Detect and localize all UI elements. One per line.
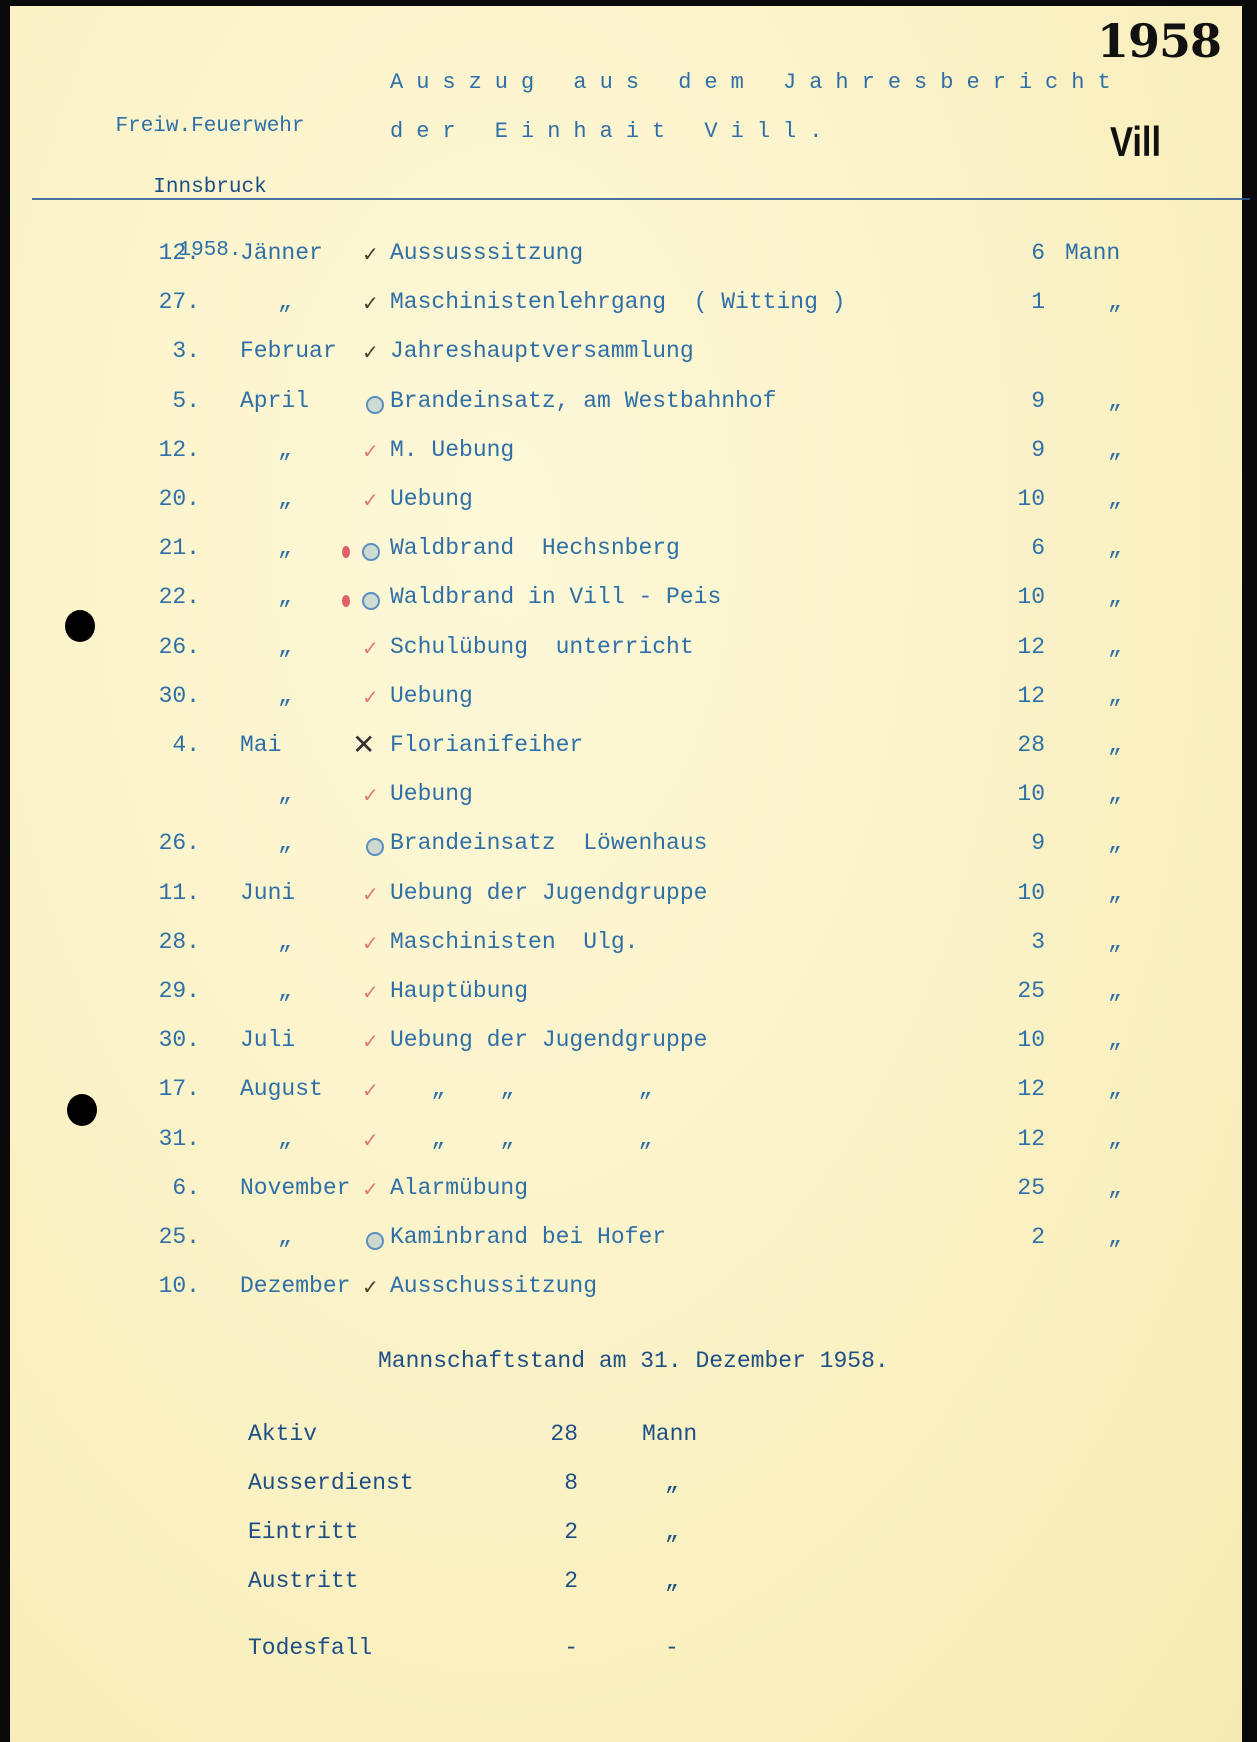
circle-stamp-icon [366, 1232, 384, 1250]
entry-event: „ „ „ [390, 1076, 652, 1102]
entry-month: Juli [240, 1027, 295, 1053]
org-city: Innsbruck [70, 177, 350, 198]
check-mark-icon: ✓ [362, 636, 379, 660]
entry-day: 5. [140, 388, 200, 414]
entry-month: Jänner [240, 240, 323, 266]
summary-count: 28 [530, 1421, 578, 1447]
entry-count: 12 [1000, 1126, 1045, 1152]
entry-count: 9 [1000, 388, 1045, 414]
entry-day: 12. [140, 437, 200, 463]
entry-count: 9 [1000, 437, 1045, 463]
summary-label: Ausserdienst [248, 1470, 414, 1496]
entry-unit: „ [1108, 289, 1122, 315]
entry-event: Maschinisten Ulg. [390, 929, 638, 955]
document-page: Freiw.Feuerwehr Innsbruck 1958. Auszug a… [10, 6, 1242, 1742]
summary-unit: Mann [642, 1421, 697, 1447]
check-mark-icon: ✓ [362, 340, 379, 364]
check-mark-icon: ✓ [362, 242, 379, 266]
entry-month: „ [278, 978, 292, 1004]
entry-unit: „ [1108, 683, 1122, 709]
entry-count: 9 [1000, 830, 1045, 856]
check-mark-icon: ✓ [362, 685, 379, 709]
entry-event: Uebung [390, 486, 473, 512]
summary-unit: „ [665, 1519, 679, 1545]
entry-month: Mai [240, 732, 281, 758]
entry-event: Uebung [390, 683, 473, 709]
summary-unit: - [665, 1635, 679, 1661]
entry-day: 29. [140, 978, 200, 1004]
org-name: Freiw.Feuerwehr [70, 116, 350, 137]
entry-month: April [240, 388, 309, 414]
entry-day: 17. [140, 1076, 200, 1102]
entry-day: 26. [140, 634, 200, 660]
check-mark-icon: ✓ [362, 291, 379, 315]
entry-count: 10 [1000, 1027, 1045, 1053]
entry-event: Florianifeiher [390, 732, 583, 758]
entry-event: Uebung der Jugendgruppe [390, 880, 707, 906]
check-mark-icon: ✓ [362, 488, 379, 512]
entry-unit: „ [1108, 1027, 1122, 1053]
entry-day: 11. [140, 880, 200, 906]
entry-month: „ [278, 535, 292, 561]
entry-day: 20. [140, 486, 200, 512]
summary-count: 2 [530, 1568, 578, 1594]
entry-count: 10 [1000, 584, 1045, 610]
entry-unit: „ [1108, 388, 1122, 414]
entry-month: November [240, 1175, 350, 1201]
entry-month: Dezember [240, 1273, 350, 1299]
entry-count: 25 [1000, 978, 1045, 1004]
entry-month: „ [278, 830, 292, 856]
entry-unit: „ [1108, 732, 1122, 758]
red-dot-icon [342, 595, 350, 607]
report-title: Auszug aus dem Jahresbericht [390, 70, 1124, 95]
entry-unit: „ [1108, 830, 1122, 856]
entry-day: 31. [140, 1126, 200, 1152]
entry-day: 21. [140, 535, 200, 561]
entry-day: 12. [140, 240, 200, 266]
check-mark-icon: ✓ [362, 439, 379, 463]
entry-month: „ [278, 929, 292, 955]
summary-count: 8 [530, 1470, 578, 1496]
entry-day: 22. [140, 584, 200, 610]
header-divider [32, 198, 1250, 200]
entry-count: 12 [1000, 1076, 1045, 1102]
entry-event: Waldbrand in Vill - Peis [390, 584, 721, 610]
entry-count: 10 [1000, 880, 1045, 906]
entry-month: „ [278, 634, 292, 660]
entry-unit: „ [1108, 1175, 1122, 1201]
punch-hole-icon [65, 610, 95, 642]
entry-event: Kaminbrand bei Hofer [390, 1224, 666, 1250]
entry-event: Maschinistenlehrgang ( Witting ) [390, 289, 845, 315]
entry-month: „ [278, 289, 292, 315]
entry-month: „ [278, 437, 292, 463]
entry-count: 6 [1000, 535, 1045, 561]
entry-unit: „ [1108, 1076, 1122, 1102]
entry-unit: „ [1108, 634, 1122, 660]
summary-label: Todesfall [248, 1635, 372, 1661]
red-dot-icon [342, 546, 350, 558]
summary-title: Mannschaftstand am 31. Dezember 1958. [378, 1348, 889, 1374]
entry-unit: „ [1108, 978, 1122, 1004]
entry-day: 4. [140, 732, 200, 758]
circle-stamp-icon [366, 838, 384, 856]
entry-day: 3. [140, 338, 200, 364]
check-mark-icon: ✓ [362, 882, 379, 906]
check-mark-icon: ✓ [362, 1078, 379, 1102]
entry-event: Brandeinsatz, am Westbahnhof [390, 388, 776, 414]
circle-stamp-icon [362, 543, 380, 561]
entry-count: 12 [1000, 683, 1045, 709]
entry-day: 28. [140, 929, 200, 955]
entry-event: Uebung der Jugendgruppe [390, 1027, 707, 1053]
check-mark-icon: ✓ [362, 980, 379, 1004]
entry-month: „ [278, 781, 292, 807]
x-mark-icon: ✕ [352, 728, 375, 761]
entry-event: Aussusssitzung [390, 240, 583, 266]
entry-unit: „ [1108, 584, 1122, 610]
entry-month: „ [278, 584, 292, 610]
unit-stamp: Vill [1110, 118, 1161, 166]
entry-event: Alarmübung [390, 1175, 528, 1201]
summary-label: Austritt [248, 1568, 358, 1594]
summary-unit: „ [665, 1568, 679, 1594]
entry-event: Waldbrand Hechsnberg [390, 535, 680, 561]
summary-count: - [530, 1635, 578, 1661]
entry-event: Schulübung unterricht [390, 634, 694, 660]
summary-label: Aktiv [248, 1421, 317, 1447]
circle-stamp-icon [366, 396, 384, 414]
check-mark-icon: ✓ [362, 1177, 379, 1201]
entry-day: 30. [140, 683, 200, 709]
summary-unit: „ [665, 1470, 679, 1496]
entry-month: August [240, 1076, 323, 1102]
entry-count: 28 [1000, 732, 1045, 758]
summary-label: Eintritt [248, 1519, 358, 1545]
check-mark-icon: ✓ [362, 931, 379, 955]
entry-event: Jahreshauptversammlung [390, 338, 694, 364]
entry-day: 26. [140, 830, 200, 856]
entry-month: Februar [240, 338, 337, 364]
entry-event: Ausschussitzung [390, 1273, 597, 1299]
summary-count: 2 [530, 1519, 578, 1545]
entry-unit: „ [1108, 1224, 1122, 1250]
entry-event: Hauptübung [390, 978, 528, 1004]
circle-stamp-icon [362, 592, 380, 610]
entry-event: Brandeinsatz Löwenhaus [390, 830, 707, 856]
entry-unit: Mann [1065, 240, 1120, 266]
entry-count: 25 [1000, 1175, 1045, 1201]
entry-unit: „ [1108, 880, 1122, 906]
check-mark-icon: ✓ [362, 1275, 379, 1299]
entry-day: 30. [140, 1027, 200, 1053]
entry-day: 10. [140, 1273, 200, 1299]
check-mark-icon: ✓ [362, 783, 379, 807]
entry-count: 10 [1000, 781, 1045, 807]
punch-hole-icon [67, 1094, 97, 1126]
entry-event: „ „ „ [390, 1126, 652, 1152]
entry-unit: „ [1108, 781, 1122, 807]
entry-month: Juni [240, 880, 295, 906]
entry-count: 1 [1000, 289, 1045, 315]
entry-month: „ [278, 683, 292, 709]
check-mark-icon: ✓ [362, 1029, 379, 1053]
entry-day: 6. [140, 1175, 200, 1201]
entry-count: 12 [1000, 634, 1045, 660]
entry-count: 3 [1000, 929, 1045, 955]
org-header: Freiw.Feuerwehr Innsbruck 1958. [70, 74, 350, 303]
entry-event: Uebung [390, 781, 473, 807]
entry-count: 6 [1000, 240, 1045, 266]
entry-count: 2 [1000, 1224, 1045, 1250]
report-subtitle: der Einhait Vill. [390, 119, 835, 144]
entry-unit: „ [1108, 929, 1122, 955]
entry-unit: „ [1108, 535, 1122, 561]
entry-unit: „ [1108, 486, 1122, 512]
year-stamp: 1958 [1097, 14, 1221, 68]
entry-event: M. Uebung [390, 437, 514, 463]
entry-count: 10 [1000, 486, 1045, 512]
check-mark-icon: ✓ [362, 1128, 379, 1152]
entry-month: „ [278, 486, 292, 512]
entry-unit: „ [1108, 1126, 1122, 1152]
entry-day: 25. [140, 1224, 200, 1250]
entry-month: „ [278, 1224, 292, 1250]
entry-month: „ [278, 1126, 292, 1152]
entry-day: 27. [140, 289, 200, 315]
entry-unit: „ [1108, 437, 1122, 463]
